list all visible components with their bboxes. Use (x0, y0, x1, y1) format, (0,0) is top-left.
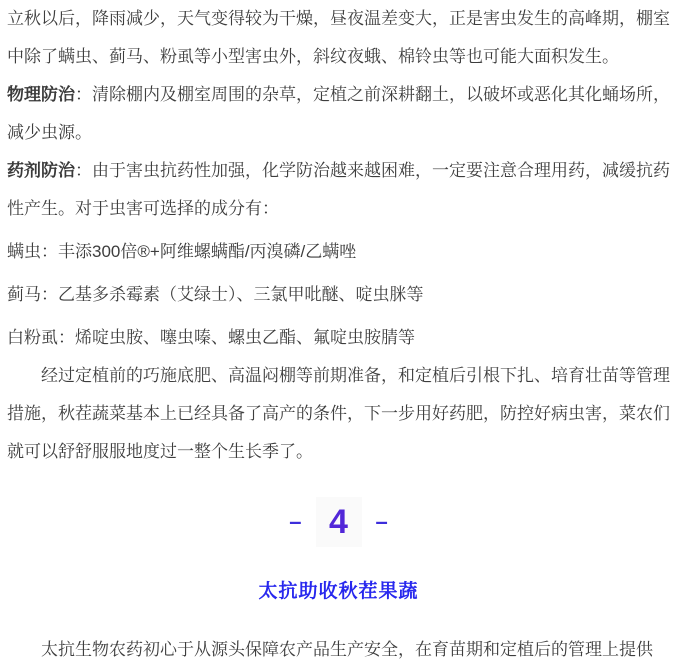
section-dash-left-icon: – (289, 511, 301, 533)
closing-paragraph: 太抗生物农药初心于从源头保障农产品生产安全，在育苗期和定植后的管理上提供 (7, 631, 670, 667)
pest-option-text: 螨虫：丰添300倍®+阿维螺螨酯/丙溴磷/乙螨唑 (7, 242, 356, 261)
section-number: 4 (329, 505, 348, 539)
pest-option-text: 蓟马：乙基多杀霉素（艾绿士）、三氯甲吡醚、啶虫脒等 (7, 285, 424, 304)
section-title: 太抗助收秋茬果蔬 (7, 579, 670, 605)
intro-text: 立秋以后，降雨减少，天气变得较为干燥，昼夜温差变大，正是害虫发生的高峰期，棚室中… (7, 9, 670, 66)
closing-text: 太抗生物农药初心于从源头保障农产品生产安全，在育苗期和定植后的管理上提供 (41, 640, 653, 659)
article-body: 立秋以后，降雨减少，天气变得较为干燥，昼夜温差变大，正是害虫发生的高峰期，棚室中… (0, 0, 678, 667)
section-marker: – 4 – (7, 497, 670, 547)
section-dash-right-icon: – (376, 511, 388, 533)
section-number-box: 4 (316, 497, 362, 547)
chemical-control-label: 药剂防治 (7, 161, 75, 180)
pest-option-whitefly: 白粉虱：烯啶虫胺、噻虫嗪、螺虫乙酯、氟啶虫胺腈等 (7, 319, 670, 357)
physical-control-text: ：清除棚内及棚室周围的杂草，定植之前深耕翻土，以破坏或恶化其化蛹场所，减少虫源。 (7, 85, 670, 142)
physical-control-paragraph: 物理防治：清除棚内及棚室周围的杂草，定植之前深耕翻土，以破坏或恶化其化蛹场所，减… (7, 76, 670, 152)
physical-control-label: 物理防治 (7, 85, 75, 104)
pest-option-mites: 螨虫：丰添300倍®+阿维螺螨酯/丙溴磷/乙螨唑 (7, 233, 670, 271)
summary-paragraph: 经过定植前的巧施底肥、高温闷棚等前期准备，和定植后引根下扎、培育壮苗等管理措施，… (7, 357, 670, 471)
chemical-control-paragraph: 药剂防治：由于害虫抗药性加强，化学防治越来越困难，一定要注意合理用药，减缓抗药性… (7, 152, 670, 228)
intro-paragraph: 立秋以后，降雨减少，天气变得较为干燥，昼夜温差变大，正是害虫发生的高峰期，棚室中… (7, 0, 670, 76)
chemical-control-text: ：由于害虫抗药性加强，化学防治越来越困难，一定要注意合理用药，减缓抗药性产生。对… (7, 161, 670, 218)
pest-option-text: 白粉虱：烯啶虫胺、噻虫嗪、螺虫乙酯、氟啶虫胺腈等 (7, 328, 415, 347)
summary-text: 经过定植前的巧施底肥、高温闷棚等前期准备，和定植后引根下扎、培育壮苗等管理措施，… (7, 366, 670, 461)
pest-option-thrips: 蓟马：乙基多杀霉素（艾绿士）、三氯甲吡醚、啶虫脒等 (7, 276, 670, 314)
